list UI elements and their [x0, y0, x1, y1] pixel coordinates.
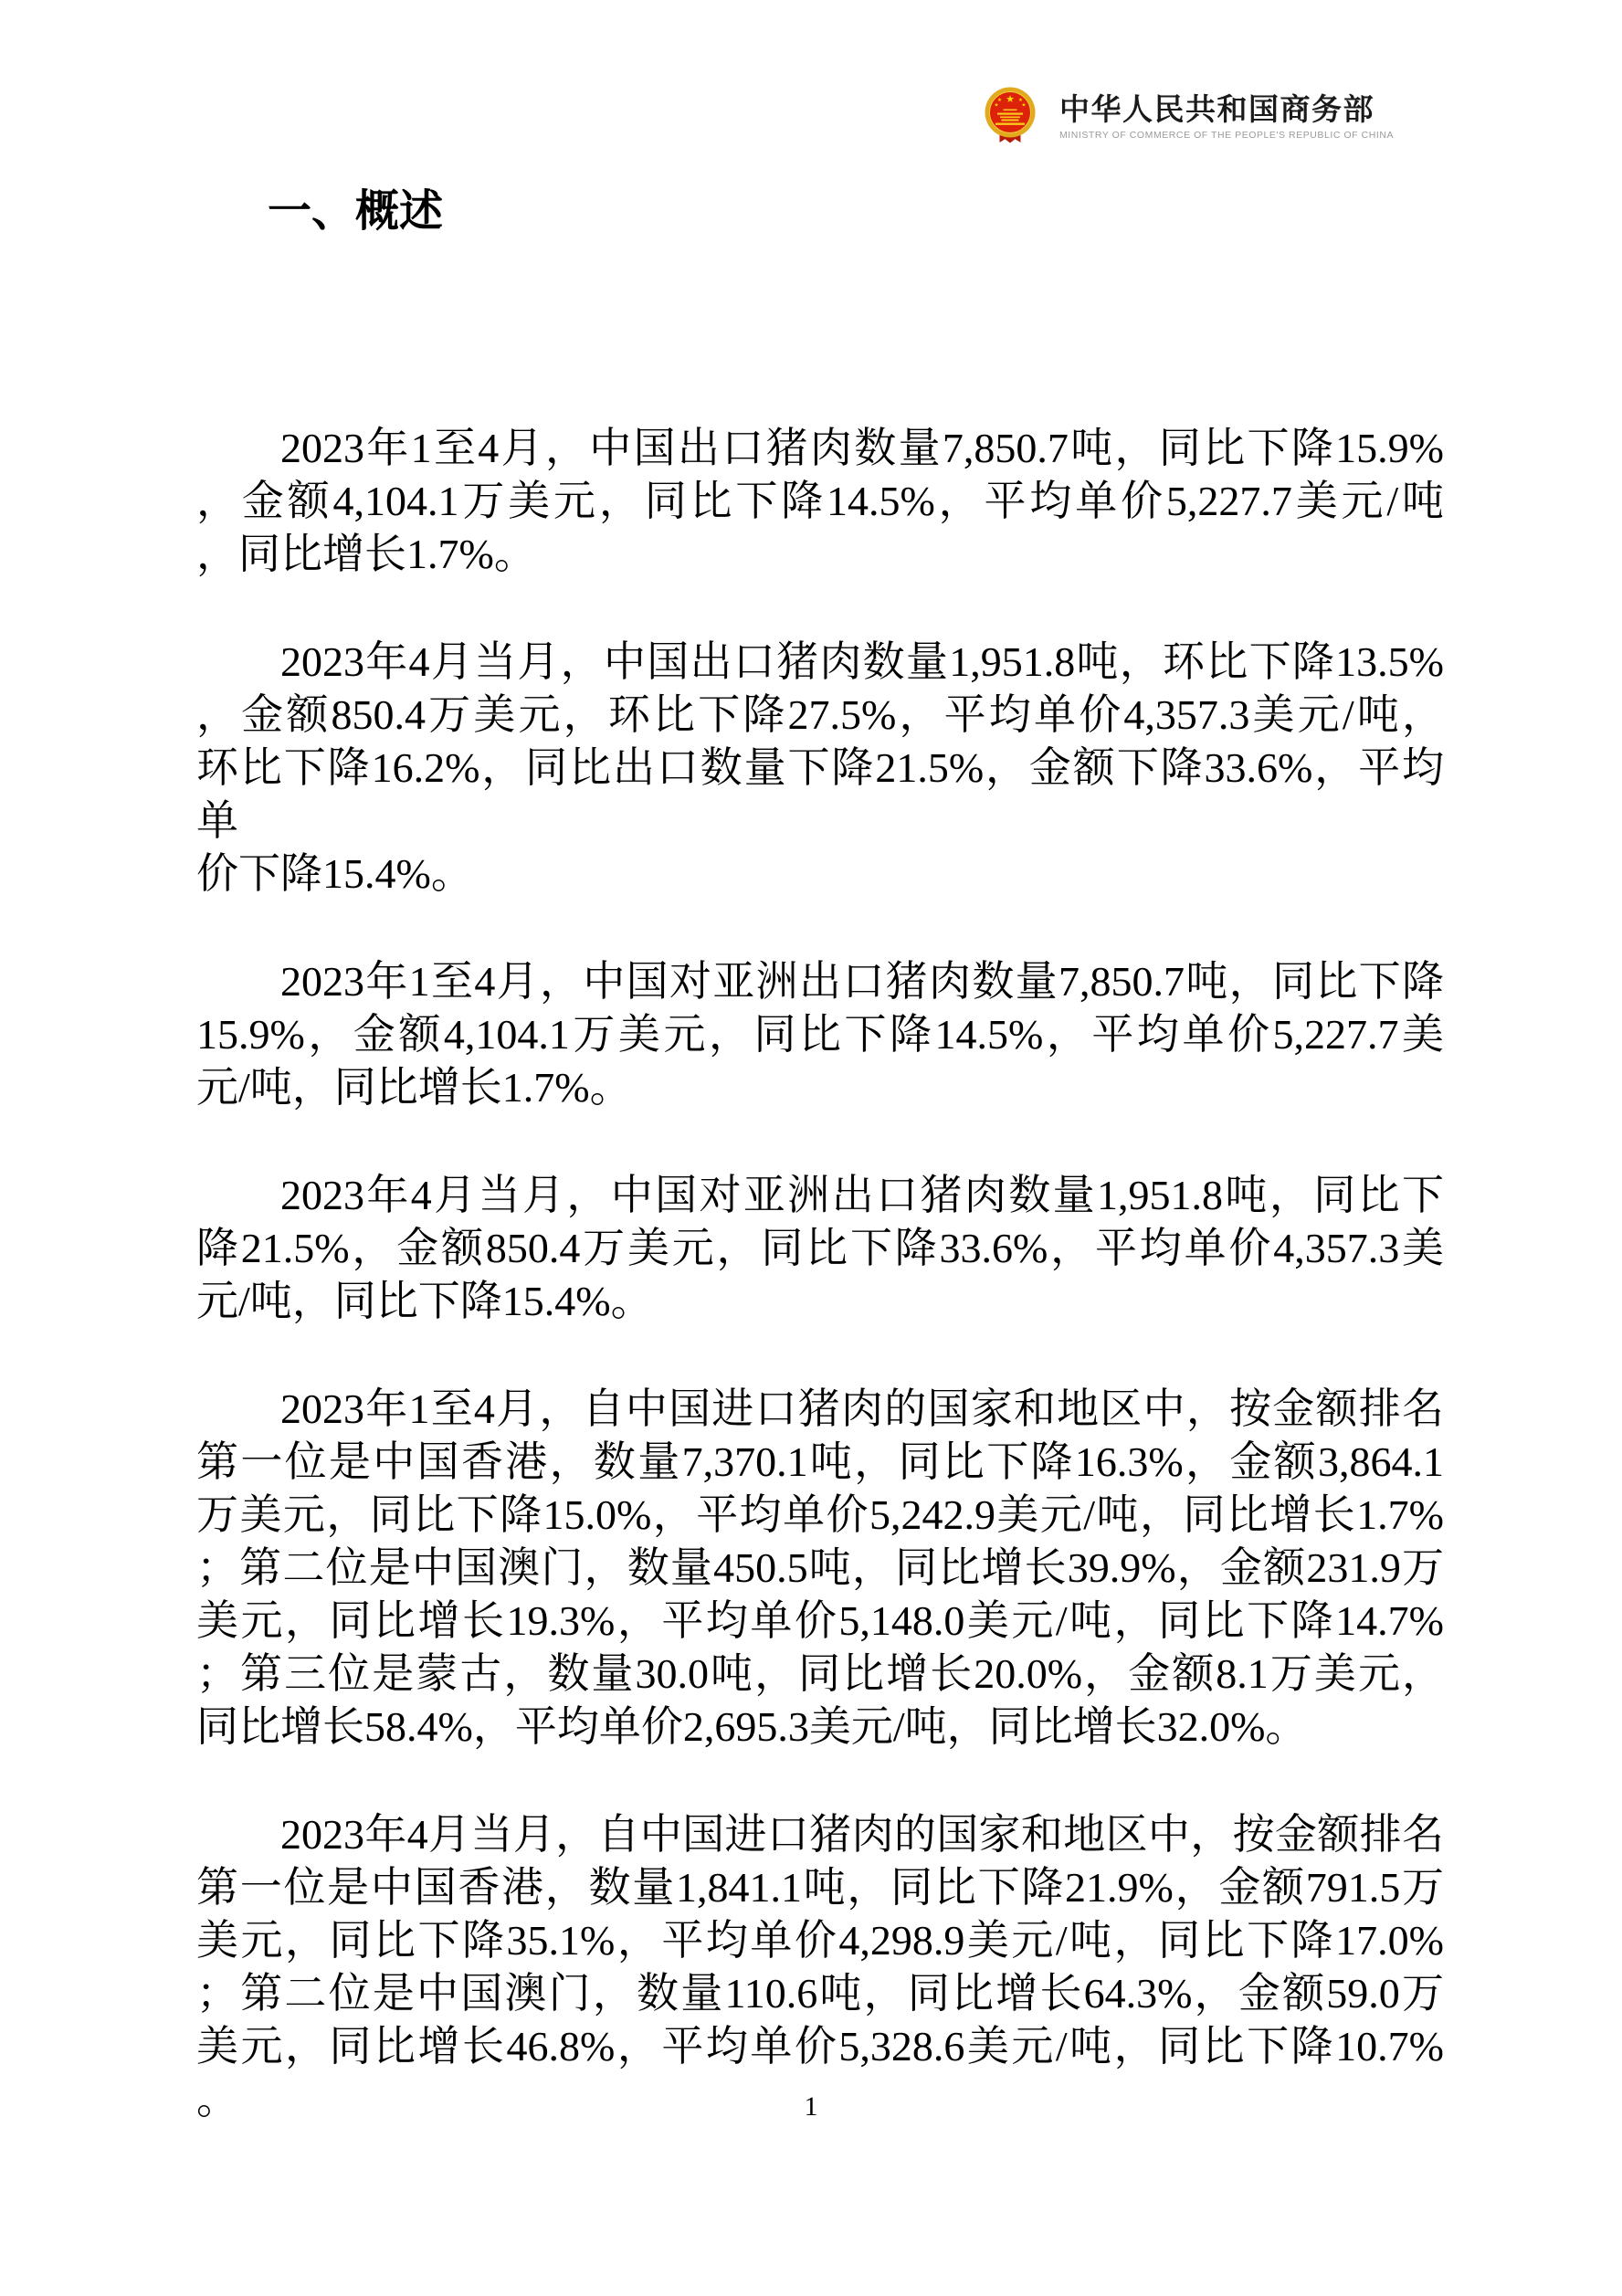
- text-line: 万美元，同比下降15.0%，平均单价5,242.9美元/吨，同比增长1.7%: [196, 1489, 1444, 1542]
- text-line: 同比增长58.4%，平均单价2,695.3美元/吨，同比增长32.0%。: [196, 1701, 1444, 1754]
- text-line: 2023年1至4月，自中国进口猪肉的国家和地区中，按金额排名: [196, 1383, 1444, 1436]
- page-number: 1: [0, 2091, 1622, 2122]
- text-line: 降21.5%，金额850.4万美元，同比下降33.6%，平均单价4,357.3美: [196, 1222, 1444, 1275]
- document-body: 2023年1至4月，中国出口猪肉数量7,850.7吨，同比下降15.9%，金额4…: [196, 422, 1444, 2126]
- text-line: ；第二位是中国澳门，数量450.5吨，同比增长39.9%，金额231.9万: [196, 1542, 1444, 1595]
- text-line: ，金额4,104.1万美元，同比下降14.5%，平均单价5,227.7美元/吨: [196, 475, 1444, 528]
- paragraph: 2023年1至4月，自中国进口猪肉的国家和地区中，按金额排名第一位是中国香港，数…: [196, 1383, 1444, 1754]
- text-line: 美元，同比增长46.8%，平均单价5,328.6美元/吨，同比下降10.7%: [196, 2020, 1444, 2073]
- text-line: 美元，同比增长19.3%，平均单价5,148.0美元/吨，同比下降14.7%: [196, 1595, 1444, 1648]
- text-line: 美元，同比下降35.1%，平均单价4,298.9美元/吨，同比下降17.0%: [196, 1914, 1444, 1967]
- paragraph: 2023年1至4月，中国对亚洲出口猪肉数量7,850.7吨，同比下降15.9%，…: [196, 955, 1444, 1114]
- text-line: 2023年4月当月，中国出口猪肉数量1,951.8吨，环比下降13.5%: [196, 636, 1444, 689]
- text-line: ，金额850.4万美元，环比下降27.5%，平均单价4,357.3美元/吨，: [196, 689, 1444, 742]
- text-line: 元/吨，同比下降15.4%。: [196, 1275, 1444, 1328]
- text-line: 15.9%，金额4,104.1万美元，同比下降14.5%，平均单价5,227.7…: [196, 1008, 1444, 1061]
- text-line: ；第三位是蒙古，数量30.0吨，同比增长20.0%，金额8.1万美元，: [196, 1648, 1444, 1701]
- text-line: ；第二位是中国澳门，数量110.6吨，同比增长64.3%，金额59.0万: [196, 1967, 1444, 2020]
- svg-text:★: ★: [1006, 93, 1015, 105]
- ministry-name-zh: 中华人民共和国商务部: [1059, 94, 1394, 124]
- text-line: 2023年1至4月，中国对亚洲出口猪肉数量7,850.7吨，同比下降: [196, 955, 1444, 1008]
- paragraph: 2023年1至4月，中国出口猪肉数量7,850.7吨，同比下降15.9%，金额4…: [196, 422, 1444, 581]
- document-page: ★ ★ ★ ★ ★ 中华人民共和国商务部 MINISTRY OF COMMERC…: [0, 0, 1622, 2296]
- paragraph: 2023年4月当月，自中国进口猪肉的国家和地区中，按金额排名第一位是中国香港，数…: [196, 1808, 1444, 2126]
- national-emblem-icon: ★ ★ ★ ★ ★: [984, 87, 1037, 150]
- text-line: 2023年4月当月，中国对亚洲出口猪肉数量1,951.8吨，同比下: [196, 1169, 1444, 1222]
- text-line: 元/吨，同比增长1.7%。: [196, 1061, 1444, 1114]
- text-line: 第一位是中国香港，数量1,841.1吨，同比下降21.9%，金额791.5万: [196, 1861, 1444, 1914]
- section-heading: 一、概述: [268, 188, 443, 237]
- text-line: 环比下降16.2%，同比出口数量下降21.5%，金额下降33.6%，平均单: [196, 742, 1444, 848]
- paragraph: 2023年4月当月，中国对亚洲出口猪肉数量1,951.8吨，同比下降21.5%，…: [196, 1169, 1444, 1328]
- svg-text:★: ★: [995, 103, 999, 109]
- ministry-logo-text: 中华人民共和国商务部 MINISTRY OF COMMERCE OF THE P…: [1059, 87, 1394, 141]
- text-line: 第一位是中国香港，数量7,370.1吨，同比下降16.3%，金额3,864.1: [196, 1436, 1444, 1489]
- text-line: 2023年4月当月，自中国进口猪肉的国家和地区中，按金额排名: [196, 1808, 1444, 1861]
- text-line: ，同比增长1.7%。: [196, 528, 1444, 581]
- ministry-name-en: MINISTRY OF COMMERCE OF THE PEOPLE'S REP…: [1059, 130, 1394, 141]
- paragraph: 2023年4月当月，中国出口猪肉数量1,951.8吨，环比下降13.5%，金额8…: [196, 636, 1444, 900]
- text-line: 价下降15.4%。: [196, 848, 1444, 900]
- ministry-logo: ★ ★ ★ ★ ★ 中华人民共和国商务部 MINISTRY OF COMMERC…: [984, 87, 1394, 150]
- svg-text:★: ★: [1022, 103, 1027, 109]
- text-line: 2023年1至4月，中国出口猪肉数量7,850.7吨，同比下降15.9%: [196, 422, 1444, 475]
